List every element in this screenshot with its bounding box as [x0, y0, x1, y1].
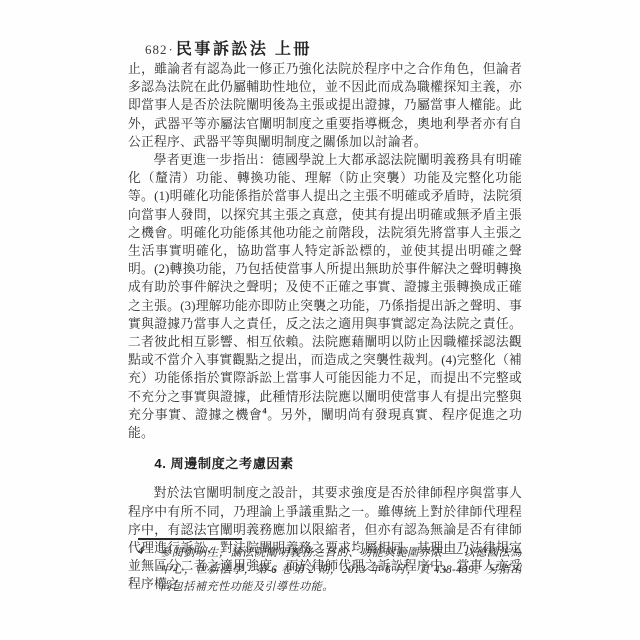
footnote-separator-rule: [138, 538, 242, 540]
footnote: 4 參閱劉明生，論法院闡明義務之目的、功能與範圍界限——以德國法為中心，世新法學…: [138, 545, 522, 596]
footnote-area: 4 參閱劉明生，論法院闡明義務之目的、功能與範圍界限——以德國法為中心，世新法學…: [138, 538, 522, 596]
footnote-text: 參閱劉明生，論法院闡明義務之目的、功能與範圍界限——以德國法為中心，世新法學，第…: [160, 545, 522, 596]
running-head: 682·民事訴訟法 上冊: [145, 36, 312, 59]
paragraph-continuation: 止，雖論者有認為此一修正乃強化法院於程序中之合作角色，但論者多認為法院在此仍屬輔…: [128, 60, 522, 151]
paragraph-functions-text: 學者更進一步指出：德國學說上大都承認法院闡明義務具有明確化（釐清）功能、轉換功能…: [128, 153, 522, 422]
header-separator: ·: [169, 42, 173, 57]
footnote-marker: 4: [138, 545, 160, 557]
page-number: 682: [145, 42, 168, 57]
book-title: 民事訴訟法 上冊: [176, 41, 312, 58]
book-page: 682·民事訴訟法 上冊 止，雖論者有認為此一修正乃強化法院於程序中之合作角色，…: [0, 0, 640, 640]
section-heading: 4. 周邊制度之考慮因素: [128, 455, 522, 473]
paragraph-clarification-functions: 學者更進一步指出：德國學說上大都承認法院闡明義務具有明確化（釐清）功能、轉換功能…: [128, 151, 522, 442]
main-text-block: 止，雖論者有認為此一修正乃強化法院於程序中之合作角色，但論者多認為法院在此仍屬輔…: [128, 60, 522, 594]
